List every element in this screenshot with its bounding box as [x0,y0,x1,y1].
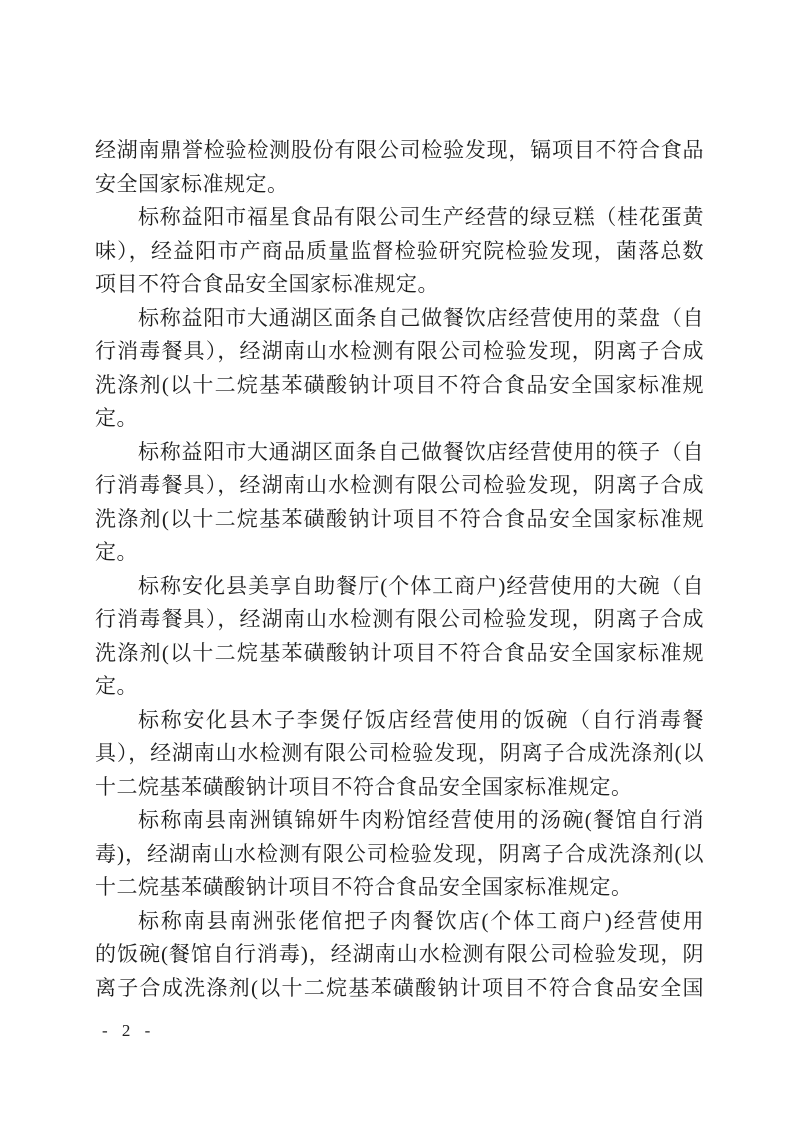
text-line: 标称益阳市大通湖区面条自己做餐饮店经营使用的菜盘（自 [95,302,704,336]
paragraph: 标称南县南洲镇锦妍牛肉粉馆经营使用的汤碗(餐馆自行消 毒)，经湖南山水检测有限公… [95,804,704,905]
text-line: 项目不符合食品安全国家标准规定。 [95,268,704,302]
paragraph: 标称南县南洲张佬倌把子肉餐饮店(个体工商户)经营使用 的饭碗(餐馆自行消毒)，经… [95,905,704,1006]
paragraph: 标称安化县美享自助餐厅(个体工商户)经营使用的大碗（自 行消毒餐具），经湖南山水… [95,570,704,704]
paragraph: 标称益阳市福星食品有限公司生产经营的绿豆糕（桂花蛋黄 味），经益阳市产商品质量监… [95,201,704,302]
text-line: 十二烷基苯磺酸钠计项目不符合食品安全国家标准规定。 [95,771,704,805]
text-line: 洗涤剂(以十二烷基苯磺酸钠计项目不符合食品安全国家标准规 [95,503,704,537]
text-line: 洗涤剂(以十二烷基苯磺酸钠计项目不符合食品安全国家标准规 [95,369,704,403]
paragraph: 标称安化县木子李煲仔饭店经营使用的饭碗（自行消毒餐 具），经湖南山水检测有限公司… [95,704,704,805]
paragraph: 经湖南鼎誉检验检测股份有限公司检验发现，镉项目不符合食品 安全国家标准规定。 [95,134,704,201]
text-line: 标称益阳市福星食品有限公司生产经营的绿豆糕（桂花蛋黄 [95,201,704,235]
text-line: 标称益阳市大通湖区面条自己做餐饮店经营使用的筷子（自 [95,436,704,470]
document-page: 经湖南鼎誉检验检测股份有限公司检验发现，镉项目不符合食品 安全国家标准规定。 标… [0,0,794,1122]
paragraph: 标称益阳市大通湖区面条自己做餐饮店经营使用的筷子（自 行消毒餐具），经湖南山水检… [95,436,704,570]
text-line: 离子合成洗涤剂(以十二烷基苯磺酸钠计项目不符合食品安全国 [95,972,704,1006]
document-body: 经湖南鼎誉检验检测股份有限公司检验发现，镉项目不符合食品 安全国家标准规定。 标… [95,134,704,1005]
text-line: 十二烷基苯磺酸钠计项目不符合食品安全国家标准规定。 [95,871,704,905]
text-line: 定。 [95,536,704,570]
page-number: - 2 - [102,1020,155,1042]
text-line: 洗涤剂(以十二烷基苯磺酸钠计项目不符合食品安全国家标准规 [95,637,704,671]
text-line: 味），经益阳市产商品质量监督检验研究院检验发现，菌落总数 [95,235,704,269]
text-line: 定。 [95,670,704,704]
paragraph: 标称益阳市大通湖区面条自己做餐饮店经营使用的菜盘（自 行消毒餐具），经湖南山水检… [95,302,704,436]
text-line: 行消毒餐具），经湖南山水检测有限公司检验发现，阴离子合成 [95,335,704,369]
text-line: 标称安化县木子李煲仔饭店经营使用的饭碗（自行消毒餐 [95,704,704,738]
text-line: 定。 [95,402,704,436]
text-line: 标称安化县美享自助餐厅(个体工商户)经营使用的大碗（自 [95,570,704,604]
text-line: 行消毒餐具），经湖南山水检测有限公司检验发现，阴离子合成 [95,469,704,503]
text-line: 标称南县南洲张佬倌把子肉餐饮店(个体工商户)经营使用 [95,905,704,939]
text-line: 的饭碗(餐馆自行消毒)，经湖南山水检测有限公司检验发现，阴 [95,938,704,972]
text-line: 安全国家标准规定。 [95,168,704,202]
text-line: 具），经湖南山水检测有限公司检验发现，阴离子合成洗涤剂(以 [95,737,704,771]
text-line: 经湖南鼎誉检验检测股份有限公司检验发现，镉项目不符合食品 [95,134,704,168]
text-line: 行消毒餐具），经湖南山水检测有限公司检验发现，阴离子合成 [95,603,704,637]
text-line: 毒)，经湖南山水检测有限公司检验发现，阴离子合成洗涤剂(以 [95,838,704,872]
text-line: 标称南县南洲镇锦妍牛肉粉馆经营使用的汤碗(餐馆自行消 [95,804,704,838]
